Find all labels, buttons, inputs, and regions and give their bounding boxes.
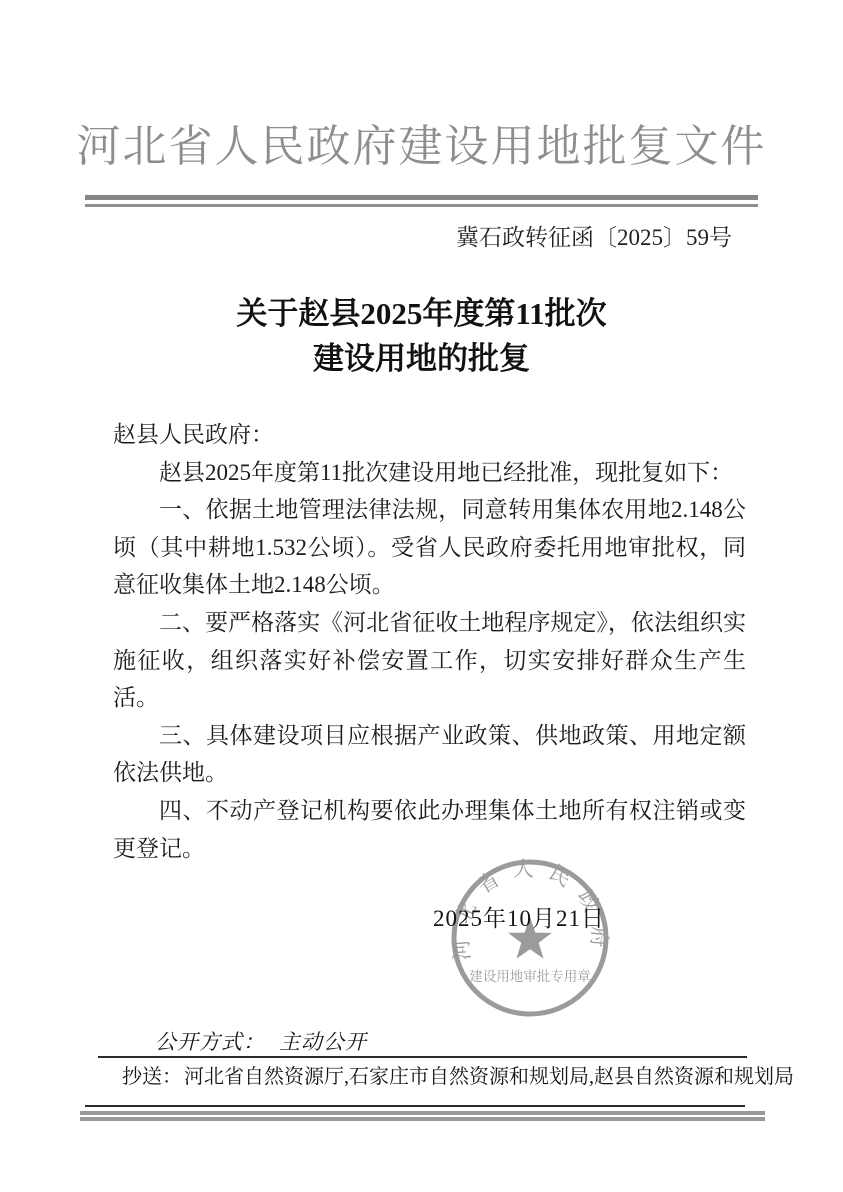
body-paragraph: 三、具体建设项目应根据产业政策、供地政策、用地定额依法供地。: [113, 717, 746, 792]
footer-rule-lower: [85, 1105, 745, 1107]
body-paragraph: 二、要严格落实《河北省征收土地程序规定》，依法组织实施征收，组织落实好补偿安置工…: [113, 604, 746, 717]
cc-line: 抄送：河北省自然资源厅,石家庄市自然资源和规划局,赵县自然资源和规划局: [122, 1062, 816, 1093]
seal-bottom-text: 建设用地审批专用章: [469, 968, 591, 984]
masthead-rule-thin: [85, 204, 758, 207]
official-seal: 河北省人民政府 建设用地审批专用章: [445, 853, 615, 1023]
document-title-line1: 关于赵县2025年度第11批次: [0, 291, 843, 336]
publicity-label: 公开方式：: [155, 1030, 265, 1054]
masthead-rule-thick: [85, 195, 758, 200]
publicity-line: 公开方式：主动公开: [155, 1026, 367, 1056]
document-date: 2025年10月21日: [433, 900, 605, 933]
document-title-line2: 建设用地的批复: [0, 336, 843, 381]
body-paragraph: 四、不动产登记机构要依此办理集体土地所有权注销或变更登记。: [113, 792, 746, 867]
footer-gray-bar-2: [80, 1117, 765, 1121]
document-page: 河北省人民政府建设用地批复文件 冀石政转征函〔2025〕59号 关于赵县2025…: [0, 0, 843, 1192]
document-number: 冀石政转征函〔2025〕59号: [456, 219, 732, 252]
body-paragraph: 一、依据土地管理法律法规，同意转用集体农用地2.148公顷（其中耕地1.532公…: [113, 491, 746, 604]
cc-value: 河北省自然资源厅,石家庄市自然资源和规划局,赵县自然资源和规划局: [184, 1066, 794, 1088]
footer-gray-bar-1: [80, 1111, 765, 1115]
body-paragraph: 赵县2025年度第11批次建设用地已经批准，现批复如下：: [113, 454, 746, 492]
publicity-value: 主动公开: [279, 1030, 367, 1054]
salutation: 赵县人民政府：: [113, 416, 746, 454]
masthead-title: 河北省人民政府建设用地批复文件: [0, 110, 843, 174]
footer-rule-upper: [98, 1056, 747, 1058]
cc-label: 抄送：: [122, 1062, 184, 1093]
document-body: 赵县人民政府： 赵县2025年度第11批次建设用地已经批准，现批复如下： 一、依…: [113, 416, 746, 867]
document-title: 关于赵县2025年度第11批次 建设用地的批复: [0, 291, 843, 381]
